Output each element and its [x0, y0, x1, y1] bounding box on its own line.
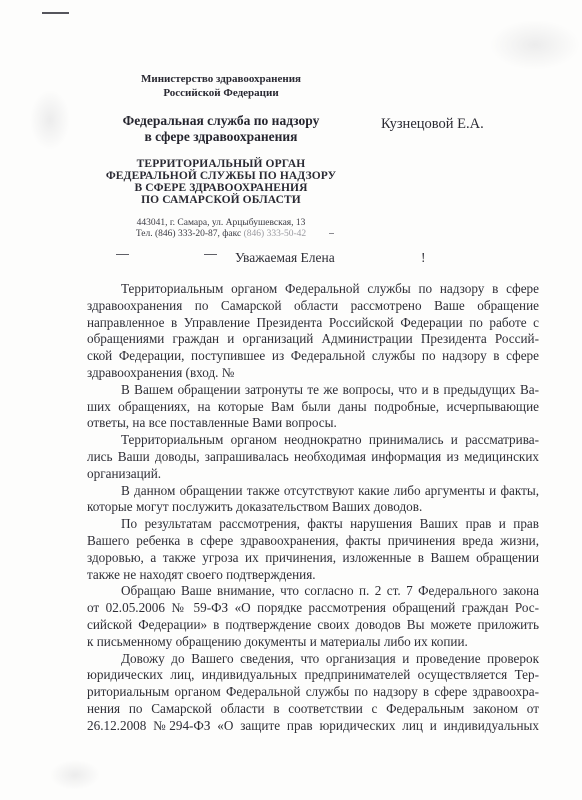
text-line: лись Ваши доводы, запрашивалась необходи… — [87, 449, 539, 466]
ministry-line: Российской Федерации — [76, 86, 366, 100]
scan-corner-dash — [42, 12, 69, 14]
paragraph: Довожу до Вашего сведения, что организац… — [87, 651, 539, 735]
text-line: риториальным органом Федеральной службы … — [87, 684, 539, 701]
ministry-line: Министерство здравоохранения — [76, 72, 366, 86]
territorial-line: ТЕРРИТОРИАЛЬНЫЙ ОРГАН — [76, 158, 366, 170]
territorial-line: ФЕДЕРАЛЬНОЙ СЛУЖБЫ ПО НАДЗОРУ — [76, 170, 366, 182]
paragraph: По результатам рассмотрения, факты наруш… — [87, 516, 539, 583]
text-line: нения по Самарской области в соответстви… — [87, 701, 539, 718]
scan-smudge — [50, 760, 100, 790]
text-line: Обращаю Ваше внимание, что согласно п. 2… — [87, 583, 539, 600]
text-line: По результатам рассмотрения, факты наруш… — [87, 516, 539, 533]
text-line: ших обращениях, на которые Вам были даны… — [87, 399, 539, 416]
text-line: сийской Федерации» в подтверждение своих… — [87, 617, 539, 634]
address-phone: Тел. (846) 333-20-87, факс (846) 333-50-… — [76, 229, 366, 240]
letterhead-address: 443041, г. Самара, ул. Арцыбушевская, 13… — [76, 218, 366, 240]
scanned-letter-page: Министерство здравоохранения Российской … — [0, 0, 582, 800]
paragraph: В данном обращении также отсутствуют как… — [87, 483, 539, 517]
address-street: 443041, г. Самара, ул. Арцыбушевская, 13 — [76, 218, 366, 229]
fax-text-faded: (846) 333-50-42 — [244, 229, 307, 239]
text-line: Территориальным органом неоднократно при… — [87, 432, 539, 449]
text-line: В данном обращении также отсутствуют как… — [87, 483, 539, 500]
text-line: к письменному обращению документы и мате… — [87, 634, 539, 651]
text-line: ответы, на все поставленные Вами вопросы… — [87, 415, 539, 432]
text-line: здравоохранения по Самарской области рас… — [87, 298, 539, 315]
paragraph: В Вашем обращении затронуты те же вопрос… — [87, 382, 539, 432]
territorial-line: ПО САМАРСКОЙ ОБЛАСТИ — [76, 194, 366, 206]
salutation-punctuation: ! — [421, 250, 426, 266]
text-line: от 02.05.2006 № 59-ФЗ «О порядке рассмот… — [87, 600, 539, 617]
text-line: В Вашем обращении затронуты те же вопрос… — [87, 382, 539, 399]
text-line: направленное в Управление Президента Рос… — [87, 315, 539, 332]
letterhead: Министерство здравоохранения Российской … — [76, 72, 366, 256]
paragraph: Территориальным органом Федеральной служ… — [87, 281, 539, 382]
text-line: Территориальным органом Федеральной служ… — [87, 281, 539, 298]
letter-body: Территориальным органом Федеральной служ… — [87, 281, 539, 735]
scan-smudge — [30, 90, 70, 150]
phone-text: Тел. (846) 333-20-87, факс — [136, 229, 244, 239]
text-line: 26.12.2008 №294-ФЗ «О защите прав юридич… — [87, 718, 539, 735]
text-line: юридических лиц, индивидуальных предприн… — [87, 667, 539, 684]
scan-smudge — [490, 20, 580, 70]
text-line: здоровью, а также угроза их причинения, … — [87, 550, 539, 567]
ministry-name: Министерство здравоохранения Российской … — [76, 72, 366, 100]
territorial-organ-name: ТЕРРИТОРИАЛЬНЫЙ ОРГАН ФЕДЕРАЛЬНОЙ СЛУЖБЫ… — [76, 158, 366, 206]
text-line: Довожу до Вашего сведения, что организац… — [87, 651, 539, 668]
text-line: которые могут послужить доказательством … — [87, 499, 539, 516]
text-line: ской Федерации, поступившее из Федеральн… — [87, 348, 539, 365]
text-line: обращениями граждан и организаций Админи… — [87, 331, 539, 348]
paragraph: Обращаю Ваше внимание, что согласно п. 2… — [87, 583, 539, 650]
salutation: Уважаемая Елена ! — [0, 250, 582, 268]
text-line: Вашего ребенка в сфере здравоохранения, … — [87, 533, 539, 550]
text-line: здравоохранения (вход. № — [87, 365, 539, 382]
recipient-name: Кузнецовой Е.А. — [381, 116, 484, 133]
salutation-text: Уважаемая Елена — [235, 250, 335, 266]
paragraph: Территориальным органом неоднократно при… — [87, 432, 539, 482]
text-line: организаций. — [87, 466, 539, 483]
service-line: Федеральная служба по надзору — [76, 113, 366, 129]
territorial-line: В СФЕРЕ ЗДРАВООХРАНЕНИЯ — [76, 182, 366, 194]
text-line: также не находят своего подтверждения. — [87, 567, 539, 584]
service-line: в сфере здравоохранения — [76, 129, 366, 145]
federal-service-name: Федеральная служба по надзору в сфере зд… — [76, 113, 366, 145]
